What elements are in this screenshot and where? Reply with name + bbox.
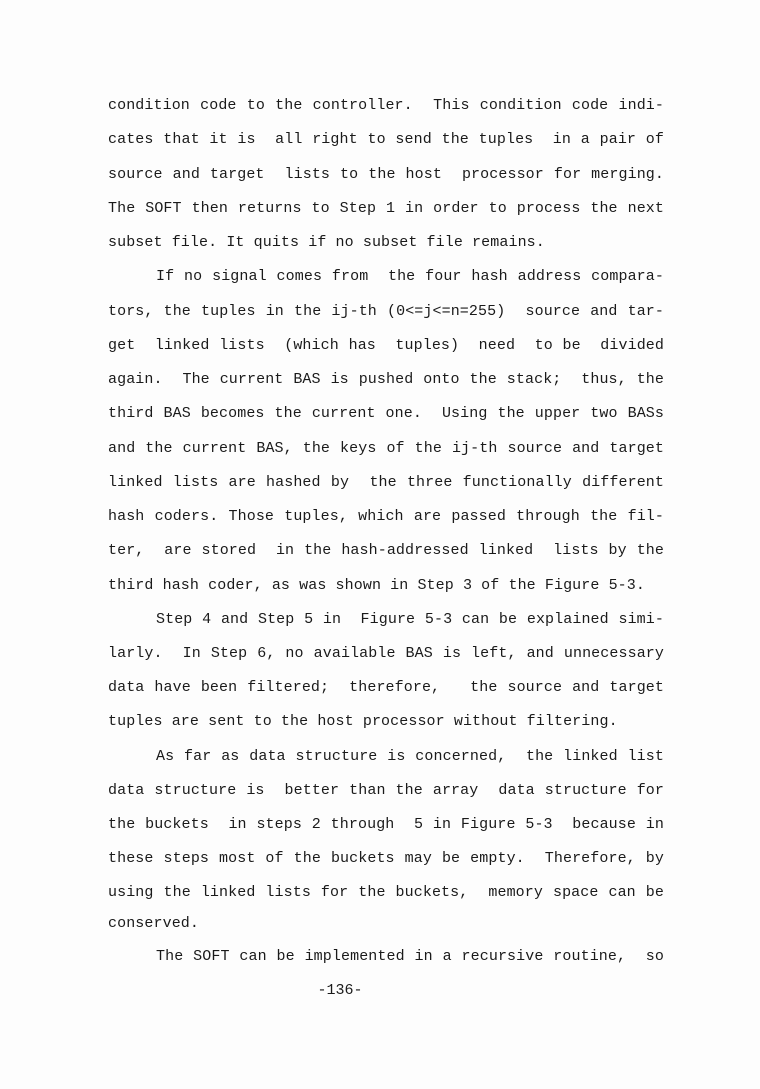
document-page: condition code to the controller. This c… — [0, 0, 760, 1089]
text-line: ter, are stored in the hash-addressed li… — [108, 541, 664, 561]
text-line: data structure is better than the array … — [108, 781, 664, 801]
text-line: The SOFT then returns to Step 1 in order… — [108, 199, 664, 219]
text-line: conserved. — [108, 914, 664, 934]
text-line: these steps most of the buckets may be e… — [108, 849, 664, 869]
text-line: tuples are sent to the host processor wi… — [108, 712, 664, 732]
text-line: tors, the tuples in the ij-th (0<=j<=n=2… — [108, 302, 664, 322]
text-line: larly. In Step 6, no available BAS is le… — [108, 644, 664, 664]
text-line: subset file. It quits if no subset file … — [108, 233, 664, 253]
text-line: Step 4 and Step 5 in Figure 5-3 can be e… — [156, 610, 664, 630]
text-line: source and target lists to the host proc… — [108, 165, 664, 185]
text-line: As far as data structure is concerned, t… — [156, 747, 664, 767]
text-line: the buckets in steps 2 through 5 in Figu… — [108, 815, 664, 835]
text-line: The SOFT can be implemented in a recursi… — [156, 947, 664, 967]
text-line: cates that it is all right to send the t… — [108, 130, 664, 150]
text-line: third BAS becomes the current one. Using… — [108, 404, 664, 424]
text-line: condition code to the controller. This c… — [108, 96, 664, 116]
text-line: linked lists are hashed by the three fun… — [108, 473, 664, 493]
text-line: using the linked lists for the buckets, … — [108, 883, 664, 903]
text-line: and the current BAS, the keys of the ij-… — [108, 439, 664, 459]
text-line: again. The current BAS is pushed onto th… — [108, 370, 664, 390]
text-line: data have been filtered; therefore, the … — [108, 678, 664, 698]
text-line: hash coders. Those tuples, which are pas… — [108, 507, 664, 527]
page-number: -136- — [300, 981, 380, 1001]
text-line: get linked lists (which has tuples) need… — [108, 336, 664, 356]
text-line: If no signal comes from the four hash ad… — [156, 267, 664, 287]
text-line: third hash coder, as was shown in Step 3… — [108, 576, 664, 596]
